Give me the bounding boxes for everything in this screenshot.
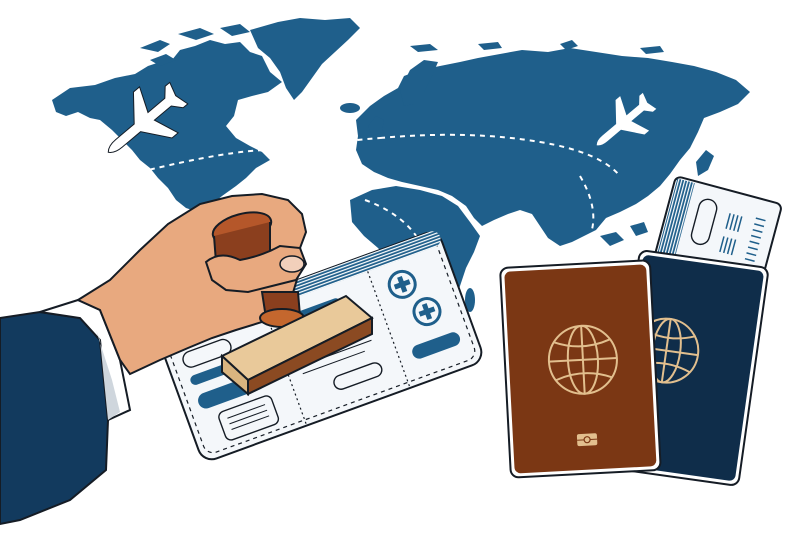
iceland (340, 103, 360, 113)
north-america (52, 40, 282, 212)
southeast-asia-islands (600, 222, 648, 246)
travel-illustration (0, 0, 800, 533)
brown-passport (500, 260, 661, 478)
suit-sleeve (0, 312, 108, 524)
japan (696, 150, 714, 176)
chip-icon (577, 433, 598, 446)
thumbnail (280, 256, 304, 272)
